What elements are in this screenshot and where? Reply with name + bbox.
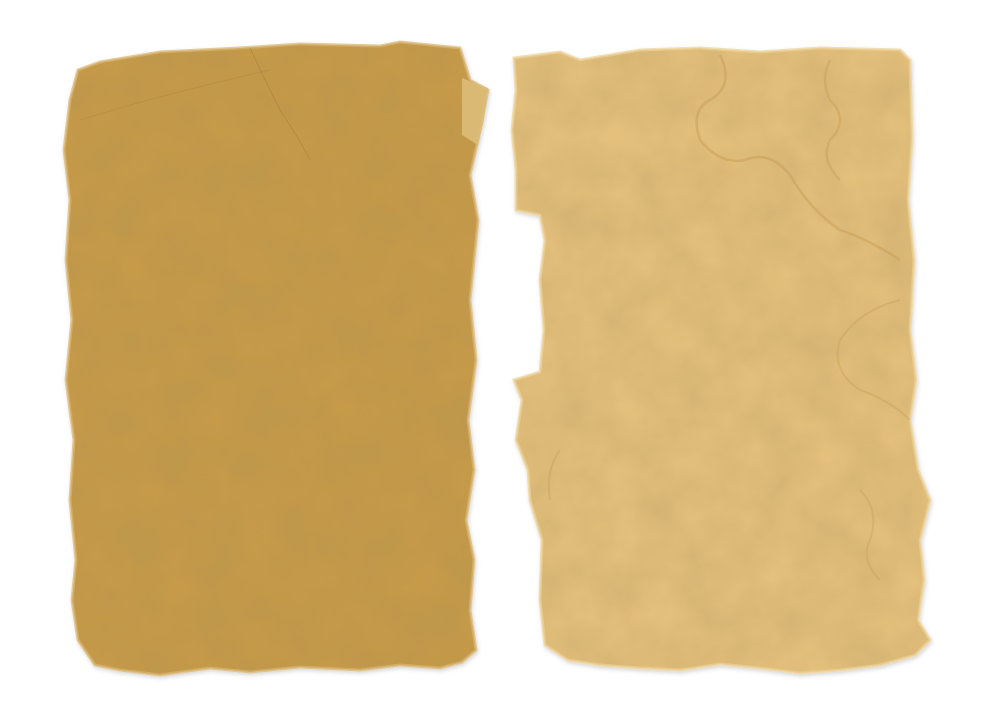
paper-sheets-illustration xyxy=(0,0,1000,725)
left-sheet xyxy=(64,42,488,675)
right-sheet xyxy=(512,48,930,673)
photo-scene: Two sheets of aged, torn-edged parchment… xyxy=(0,0,1000,725)
